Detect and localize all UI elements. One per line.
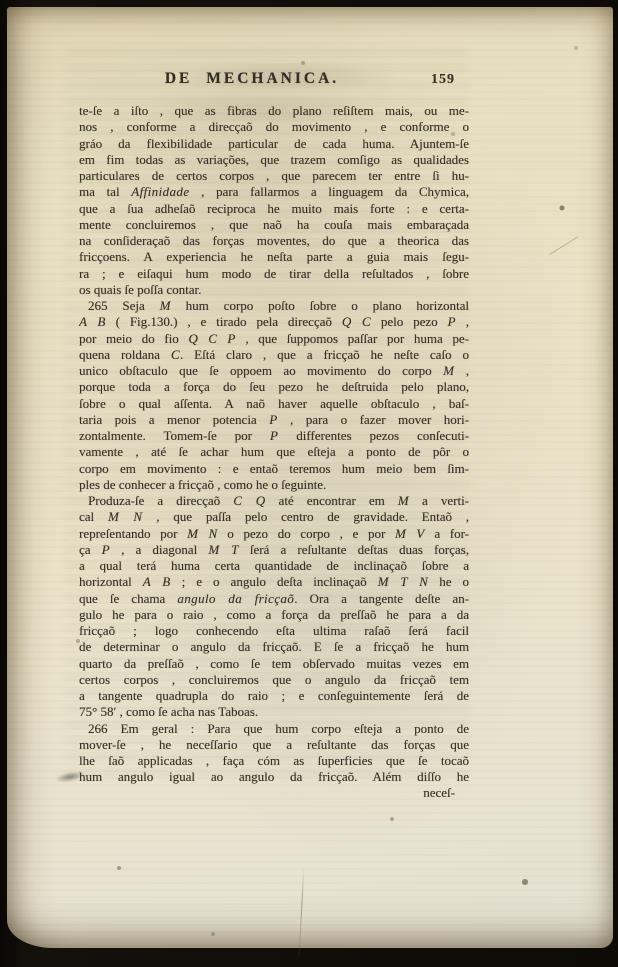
text-line: mente concluiremos , que naõ ha couſa ma…	[79, 217, 469, 233]
text-line: fricçoens. A experiencia he neſta parte …	[79, 249, 469, 265]
book-page: DE MECHANICA. 159 te-ſe a iſto , que as …	[7, 7, 613, 948]
text-line: 265 Seja M hum corpo poſto ſobre o plano…	[79, 298, 469, 314]
text-line: fricçaõ ; logo conhecendo eſta ultima ra…	[79, 623, 469, 639]
text-line: gráo da flexibilidade particular de cada…	[79, 136, 469, 152]
text-line: te-ſe a iſto , que as fibras do plano re…	[79, 103, 469, 119]
text-line: 75° 58′ , como ſe acha nas Taboas.	[79, 704, 469, 720]
text-line: Produza-ſe a direcçaõ C Q até encontrar …	[79, 493, 469, 509]
paper-scratch	[549, 236, 578, 255]
text-line: mover-ſe , he neceſſario que a reſultant…	[79, 737, 469, 753]
text-line: que a ſua adheſaõ reciproca he muito mai…	[79, 201, 469, 217]
book-scan: DE MECHANICA. 159 te-ſe a iſto , que as …	[0, 0, 618, 967]
text-line: ra ; e eiſaqui hum modo de tirar della r…	[79, 266, 469, 282]
paper-specks	[7, 7, 9, 9]
text-line: os quais ſe poſſa contar.	[79, 282, 469, 298]
text-line: corpo em movimento : e entaõ teremos hum…	[79, 461, 469, 477]
text-line: em fim todas as variações, que trazem co…	[79, 152, 469, 168]
text-line: particulares de certos corpos , que pare…	[79, 168, 469, 184]
text-line: hum angulo igual ao angulo da fricçaõ. A…	[79, 769, 469, 785]
text-line: horizontal A B ; e o angulo deſta inclin…	[79, 574, 469, 590]
text-line: zontalmente. Tomem-ſe por P differentes …	[79, 428, 469, 444]
page-number: 159	[431, 72, 455, 88]
text-line: ples de conhecer a fricçaõ , como he o ſ…	[79, 477, 469, 493]
text-line: na conſideraçaõ das forças moventes, do …	[79, 233, 469, 249]
text-line: vamente , até ſe achar hum que eſteja a …	[79, 444, 469, 460]
text-line: ſobre o qual aſſenta. A naõ haver aquell…	[79, 396, 469, 412]
text-line: de determinar o angulo da fricçaõ. E ſe …	[79, 639, 469, 655]
text-line: nos , conforme a direcçaõ do movimento ,…	[79, 119, 469, 135]
text-line: taria pois a menor potencia P , para o f…	[79, 412, 469, 428]
text-line: unico obſtaculo que ſe oppoem ao movimen…	[79, 363, 469, 379]
text-line: repreſentando por M N o pezo do corpo , …	[79, 526, 469, 542]
catchword: neceſ-	[79, 785, 469, 801]
text-line: a qual terá huma certa quantidade de inc…	[79, 558, 469, 574]
text-line: certos corpos , concluiremos que o angul…	[79, 672, 469, 688]
text-line: quarto da preſſaõ , como ſe tem obſervad…	[79, 656, 469, 672]
text-line: por meio do fio Q C P , que ſuppomos paſ…	[79, 331, 469, 347]
paper-crack	[299, 867, 305, 957]
page-header: DE MECHANICA. 159	[79, 70, 469, 94]
text-line: A B ( Fig.130.) , e tirado pela direcçaõ…	[79, 314, 469, 330]
text-line: 266 Em geral : Para que hum corpo eſteja…	[79, 721, 469, 737]
text-line: ça P , a diagonal M T ſerá a reſultante …	[79, 542, 469, 558]
text-line: a tangente quadrupla do raio ; e conſegu…	[79, 688, 469, 704]
text-line: ma tal Affinidade , para fallarmos a lin…	[79, 184, 469, 200]
text-line: lhe ſaõ applicadas , faça cóm as ſuperfi…	[79, 753, 469, 769]
text-line: gulo he para o raio , como a força da pr…	[79, 607, 469, 623]
text-line: que ſe chama angulo da fricçaõ. Ora a ta…	[79, 591, 469, 607]
text-line: porque toda a força do ſeu pezo he deſtr…	[79, 379, 469, 395]
text-line: quena roldana C. Eſtá claro , que a fric…	[79, 347, 469, 363]
running-title: DE MECHANICA.	[79, 70, 425, 88]
text-block: te-ſe a iſto , que as fibras do plano re…	[79, 103, 469, 786]
text-line: cal M N , que paſſa pelo centro de gravi…	[79, 509, 469, 525]
